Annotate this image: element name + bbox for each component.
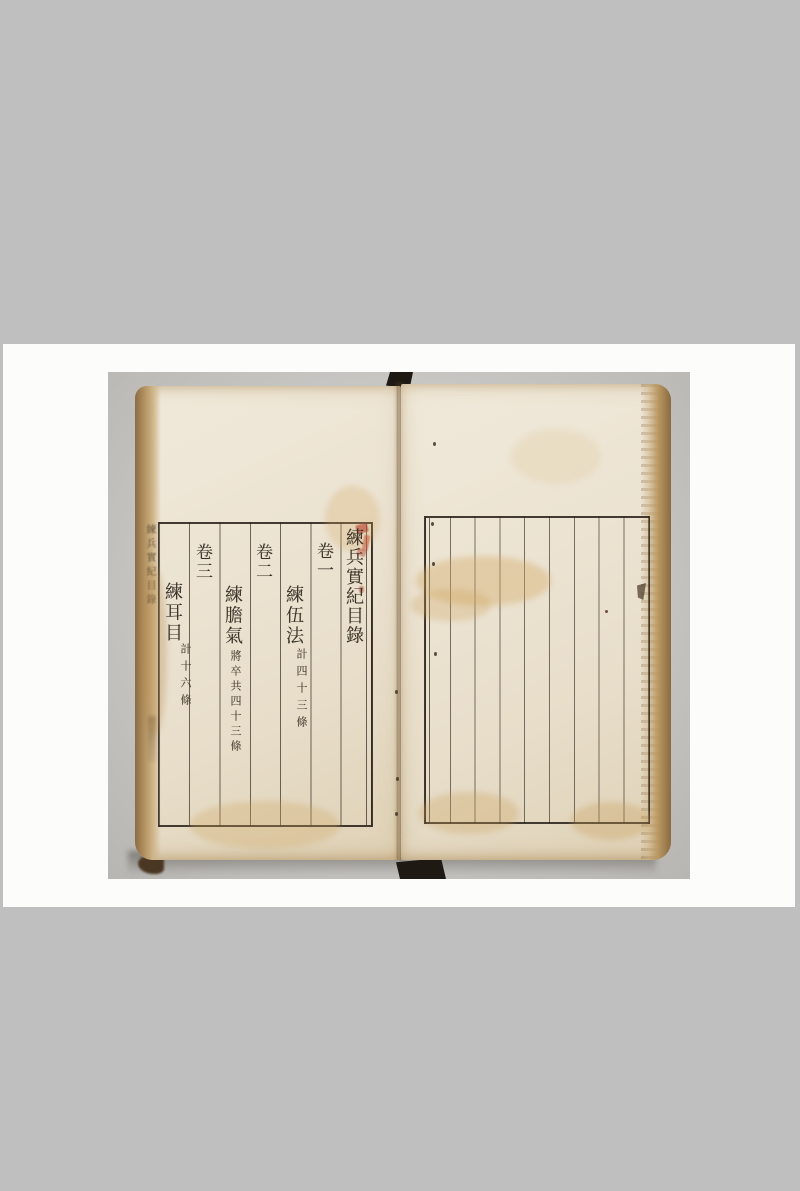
stain bbox=[511, 429, 601, 484]
chapter-1-name: 練伍法 bbox=[284, 585, 302, 647]
chapter-2-note: 將卒共四十三條 bbox=[230, 650, 241, 755]
book-photo: 練兵實紀目錄 練兵實紀目錄 卷一 練伍法 計四十三條 卷二 練膽氣 將卒共四十三… bbox=[108, 372, 690, 879]
volume-1-label: 卷一 bbox=[314, 542, 331, 580]
volume-3-label: 卷三 bbox=[193, 543, 210, 581]
stitch-dot bbox=[433, 442, 436, 446]
chapter-3-name: 練耳目 bbox=[163, 582, 181, 644]
stain bbox=[419, 792, 519, 834]
white-mat: 練兵實紀目錄 練兵實紀目錄 卷一 練伍法 計四十三條 卷二 練膽氣 將卒共四十三… bbox=[3, 344, 795, 907]
chapter-3-note: 計十六條 bbox=[180, 643, 191, 711]
inner-double-border-line bbox=[366, 524, 367, 825]
left-page: 練兵實紀目錄 練兵實紀目錄 卷一 練伍法 計四十三條 卷二 練膽氣 將卒共四十三… bbox=[135, 386, 401, 860]
chapter-1-note: 計四十三條 bbox=[296, 648, 307, 733]
volume-2-label: 卷二 bbox=[253, 543, 270, 581]
stitch-dot bbox=[432, 562, 435, 566]
stitch-dot bbox=[434, 652, 437, 656]
paper-speck bbox=[605, 610, 608, 613]
stain bbox=[190, 801, 340, 849]
toc-title-column: 練兵實紀目錄 bbox=[344, 528, 362, 645]
right-page bbox=[401, 384, 671, 860]
stitch-dot bbox=[431, 522, 434, 526]
inner-double-border-line bbox=[429, 518, 430, 822]
chapter-2-name: 練膽氣 bbox=[223, 585, 241, 647]
stain bbox=[571, 802, 651, 840]
stain bbox=[411, 589, 491, 621]
